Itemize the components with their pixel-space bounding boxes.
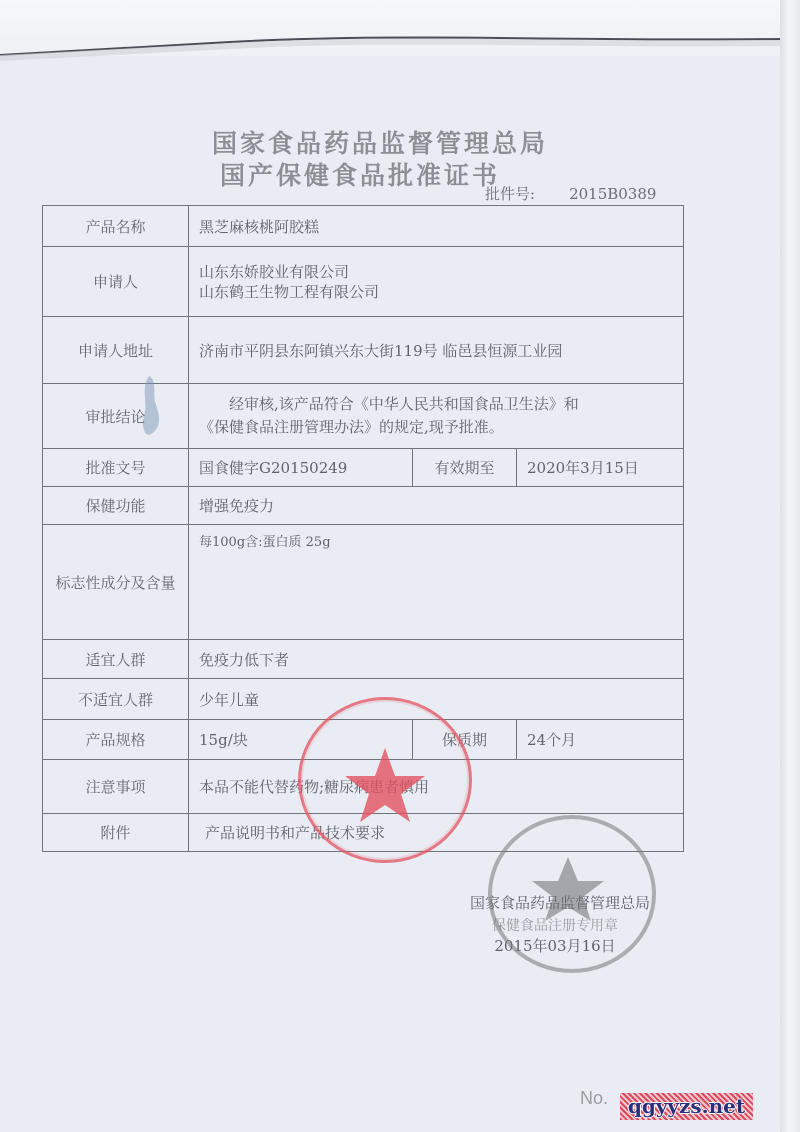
valid-until-label: 有效期至 (413, 449, 517, 487)
approval-number-value: 2015B0389 (569, 185, 656, 203)
health-function-label: 保健功能 (43, 487, 189, 525)
conclusion-line-2: 《保健食品注册管理办法》的规定,现予批准。 (199, 416, 673, 439)
page-edge-strip (780, 0, 800, 1132)
spec-label: 产品规格 (43, 720, 189, 760)
notes-label: 注意事项 (43, 760, 189, 814)
approval-doc-value: 国食健字G20150249 (189, 449, 413, 487)
table-row: 适宜人群 免疫力低下者 (43, 640, 684, 679)
product-name-label: 产品名称 (43, 206, 189, 247)
applicant-address-label: 申请人地址 (43, 317, 189, 384)
valid-until-value: 2020年3月15日 (517, 449, 684, 487)
conclusion-value: 经审核,该产品符合《中华人民共和国食品卫生法》和 《保健食品注册管理办法》的规定… (189, 384, 684, 449)
site-watermark: qgyyzs.net (620, 1093, 753, 1120)
ingredients-label: 标志性成分及含量 (43, 525, 189, 640)
star-icon (492, 819, 652, 969)
issuing-authority-title: 国家食品药品监督管理总局 (0, 124, 760, 160)
table-row: 产品名称 黑芝麻核桃阿胶糕 (43, 206, 684, 247)
serial-number-label: No. (580, 1088, 608, 1109)
paper-edge (0, 0, 800, 70)
health-function-value: 增强免疫力 (189, 487, 684, 525)
table-row: 申请人 山东东娇胶业有限公司 山东鹤王生物工程有限公司 (43, 247, 684, 317)
attachment-label: 附件 (43, 814, 189, 852)
applicant-value: 山东东娇胶业有限公司 山东鹤王生物工程有限公司 (189, 247, 684, 317)
unsuitable-label: 不适宜人群 (43, 679, 189, 720)
product-name-value: 黑芝麻核桃阿胶糕 (189, 206, 684, 247)
table-row: 保健功能 增强免疫力 (43, 487, 684, 525)
conclusion-label: 审批结论 (43, 384, 189, 449)
star-icon (301, 700, 469, 860)
ink-smudge (135, 372, 165, 442)
applicant-1: 山东东娇胶业有限公司 (199, 262, 673, 282)
suitable-value: 免疫力低下者 (189, 640, 684, 679)
applicant-address-value: 济南市平阴县东阿镇兴东大街119号 临邑县恒源工业园 (189, 317, 684, 384)
conclusion-line-1: 经审核,该产品符合《中华人民共和国食品卫生法》和 (199, 393, 673, 416)
table-row: 标志性成分及含量 每100g含:蛋白质 25g (43, 525, 684, 640)
applicant-label: 申请人 (43, 247, 189, 317)
agency-seal (488, 815, 656, 973)
ingredients-value: 每100g含:蛋白质 25g (189, 525, 684, 640)
table-row: 批准文号 国食健字G20150249 有效期至 2020年3月15日 (43, 449, 684, 487)
approval-number-label: 批件号: (485, 185, 535, 203)
approval-number: 批件号:2015B0389 (485, 183, 656, 204)
applicant-2: 山东鹤王生物工程有限公司 (199, 282, 673, 302)
suitable-label: 适宜人群 (43, 640, 189, 679)
shelf-life-value: 24个月 (517, 720, 684, 760)
approval-doc-label: 批准文号 (43, 449, 189, 487)
company-seal (298, 697, 472, 863)
